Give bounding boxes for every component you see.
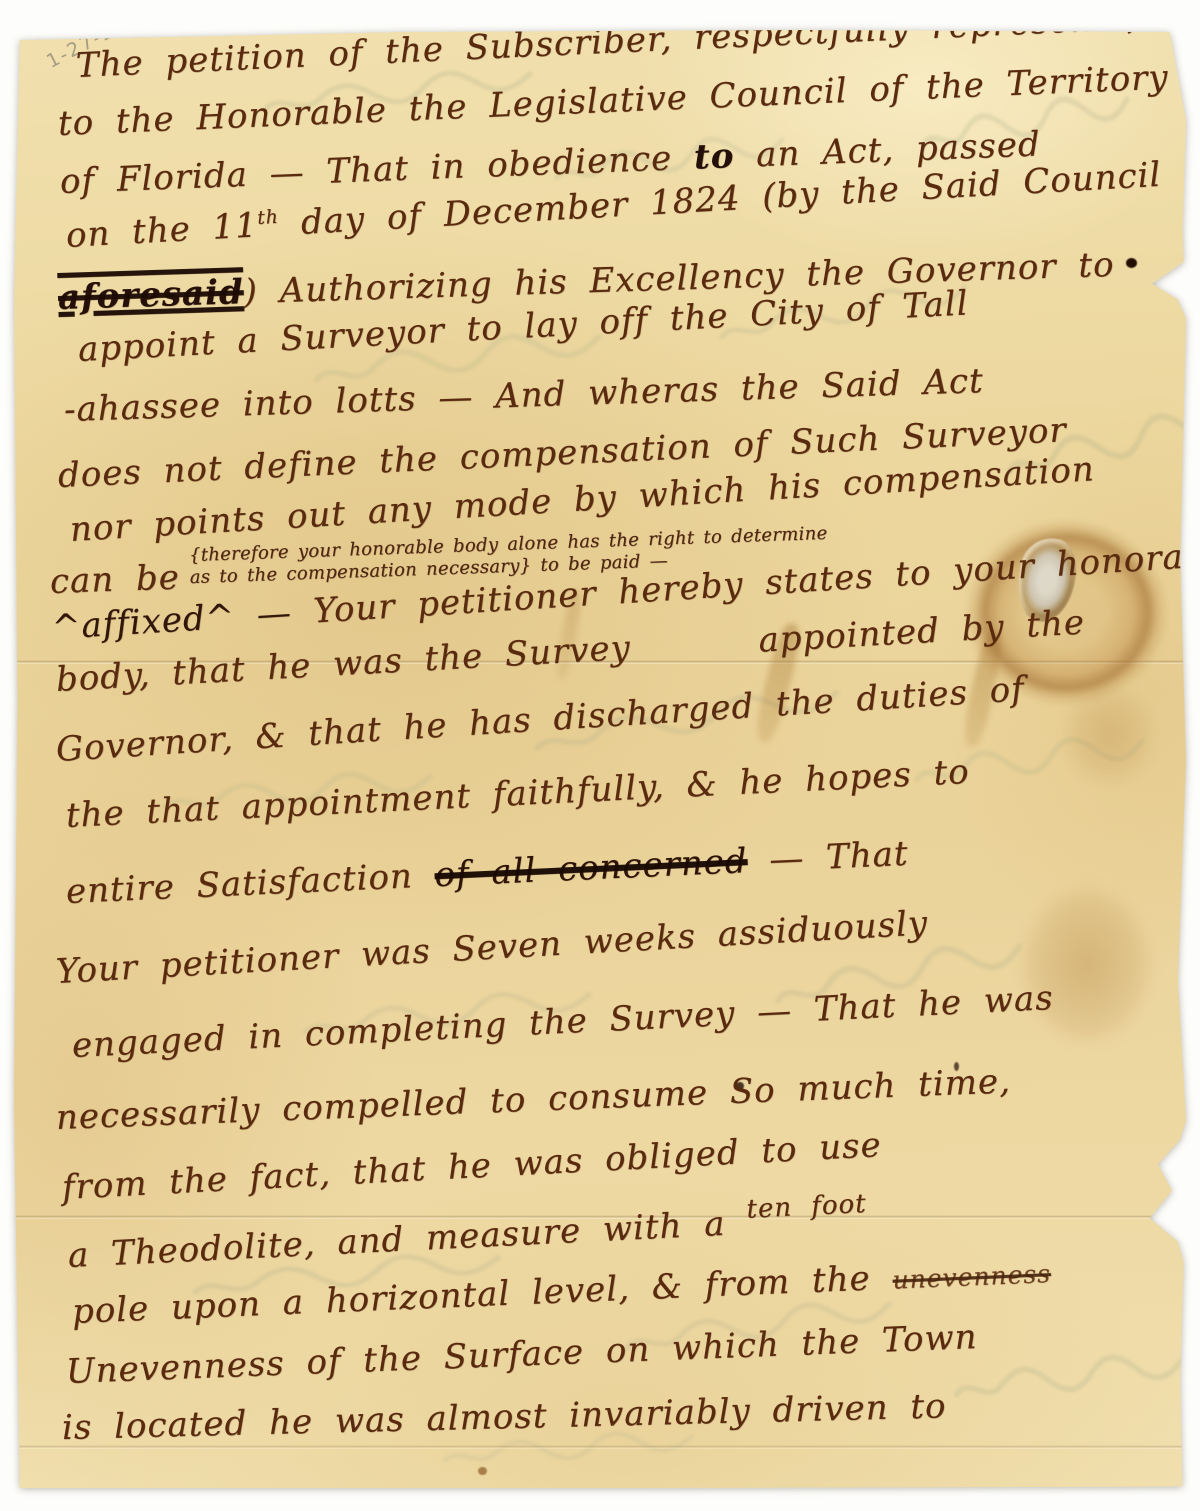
ordinal-superscript: th [257, 207, 280, 229]
line-text: Your petitioner was Seven weeks assiduou… [55, 903, 929, 992]
line-text: a Theodolite, and measure with a [67, 1203, 748, 1276]
crossed-out-word: aforesaid [57, 272, 244, 318]
crossed-out-word: unevenness [892, 1259, 1052, 1295]
line-text: on the 11 [65, 205, 259, 256]
crossed-out-phrase: of all concerned [434, 841, 749, 895]
manuscript-line-23: is located he was almost invariably driv… [62, 1386, 947, 1448]
line-text: entire Satisfaction [65, 855, 435, 912]
stain-patch [999, 860, 1174, 1070]
line-text: the that appointment faithfully, & he ho… [65, 752, 970, 836]
line-text: Unevenness of the Surface on which the T… [65, 1317, 978, 1392]
manuscript-line-16: Your petitioner was Seven weeks assiduou… [55, 903, 929, 992]
manuscript-sheet-wrapper: 1-27-27 The petition of the Subscriber, … [0, 0, 1200, 1511]
line-text: is located he was almost invariably driv… [62, 1386, 947, 1448]
manuscript-line-22: Unevenness of the Surface on which the T… [65, 1317, 978, 1392]
manuscript-line-14: the that appointment faithfully, & he ho… [65, 752, 970, 836]
line-text: appointed by the [757, 603, 1086, 661]
overwritten-word: to [693, 136, 735, 178]
manuscript-page: 1-27-27 The petition of the Subscriber, … [14, 30, 1186, 1488]
manuscript-line-15: entire Satisfaction of all concerned — T… [65, 834, 909, 912]
ink-blot [1126, 258, 1137, 268]
fold-crease [14, 1445, 1186, 1449]
line-text: can be [49, 557, 180, 602]
line-text: engaged in completing the Survey — That … [71, 978, 1054, 1066]
line-text: — That [747, 834, 910, 881]
inserted-phrase: ten foot [746, 1189, 868, 1225]
manuscript-line-17: engaged in completing the Survey — That … [71, 978, 1054, 1066]
ink-blot [478, 1467, 487, 1475]
stain-patch [1049, 670, 1169, 800]
